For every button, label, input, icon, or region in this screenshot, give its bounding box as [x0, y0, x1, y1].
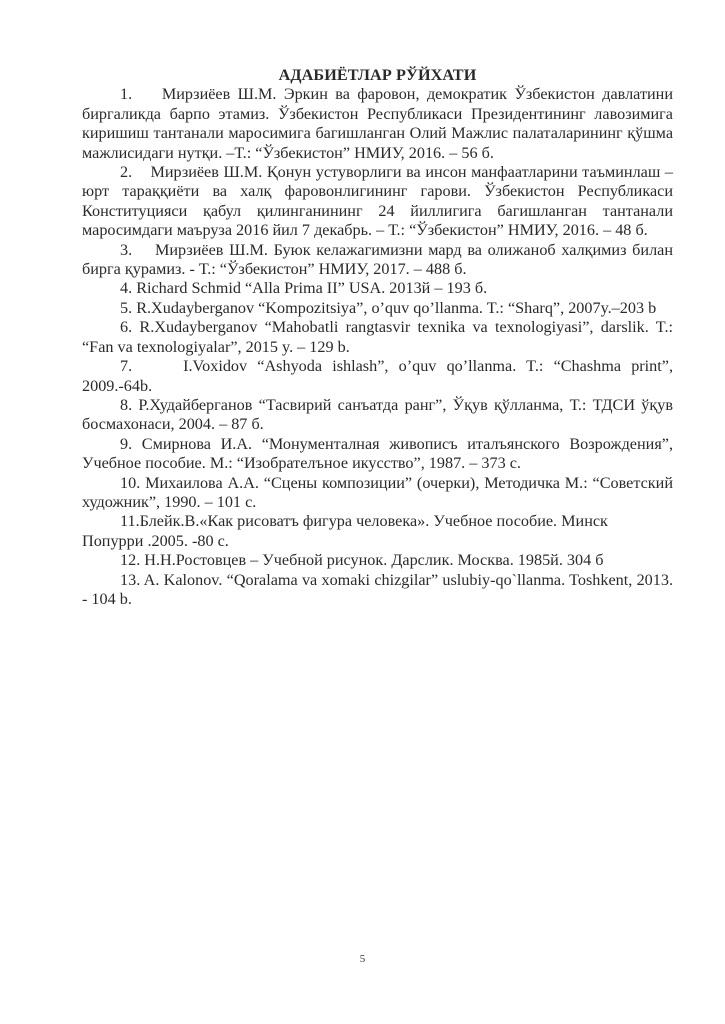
reference-text: Мирзиёев Ш.М. Қонун устуворлиги ва инсон…: [82, 163, 673, 239]
reference-item: 10. Михаилова А.А. “Сцены композиции” (о…: [82, 474, 673, 513]
reference-number: 1.: [101, 85, 132, 104]
reference-item: 11.Блейк.В.«Как рисоватъ фигура человека…: [82, 512, 673, 551]
page-title: АДАБИЁТЛАР РЎЙХАТИ: [82, 66, 673, 85]
reference-number: 3.: [101, 241, 132, 260]
reference-item: 13. A. Kalonov. “Qoralama va xomaki chiz…: [82, 571, 673, 610]
reference-item: 4. Richard Schmid “Alla Prima II” USA. 2…: [82, 279, 673, 298]
reference-number: 13.: [101, 571, 140, 590]
reference-text: Р.Худайберганов “Тасвирий санъатда ранг”…: [82, 396, 673, 433]
reference-separator: [132, 163, 150, 181]
reference-number: 2.: [101, 163, 132, 182]
reference-text: Блейк.В.«Как рисоватъ фигура человека». …: [82, 512, 608, 549]
reference-list: 1. Мирзиёев Ш.М. Эркин ва фаровон, демок…: [82, 85, 673, 609]
reference-item: 12. Н.Н.Ростовцев – Учебной рисунок. Дар…: [82, 551, 673, 570]
reference-separator: [132, 435, 142, 453]
reference-number: 9.: [101, 435, 132, 454]
reference-separator: [132, 357, 183, 375]
reference-item: 1. Мирзиёев Ш.М. Эркин ва фаровон, демок…: [82, 85, 673, 163]
reference-number: 8.: [101, 396, 132, 415]
reference-text: R.Xudayberganov “Mahobatli rangtasvir te…: [82, 318, 673, 355]
reference-separator: [132, 241, 155, 259]
reference-number: 10.: [101, 474, 140, 493]
reference-number: 11.: [101, 512, 140, 531]
reference-text: Мирзиёев Ш.М. Буюк келажагимизни мард ва…: [82, 241, 673, 278]
reference-item: 3. Мирзиёев Ш.М. Буюк келажагимизни мард…: [82, 241, 673, 280]
reference-number: 7.: [101, 357, 132, 376]
reference-item: 7. I.Voxidov “Ashyoda ishlash”, o’quv qo…: [82, 357, 673, 396]
reference-item: 5. R.Xudayberganov “Kompozitsiya”, o’quv…: [82, 299, 673, 318]
reference-text: R.Xudayberganov “Kompozitsiya”, o’quv qo…: [136, 299, 656, 317]
reference-item: 9. Смирнова И.А. “Монументалная живописъ…: [82, 435, 673, 474]
reference-number: 4.: [101, 279, 132, 298]
reference-separator: [132, 85, 162, 103]
reference-number: 6.: [101, 318, 132, 337]
page-number: 5: [0, 953, 725, 965]
reference-text: Смирнова И.А. “Монументалная живописъ ит…: [82, 435, 673, 472]
reference-item: 2. Мирзиёев Ш.М. Қонун устуворлиги ва ин…: [82, 163, 673, 241]
reference-item: 8. Р.Худайберганов “Тасвирий санъатда ра…: [82, 396, 673, 435]
document-page: АДАБИЁТЛАР РЎЙХАТИ 1. Мирзиёев Ш.М. Эрки…: [82, 66, 673, 609]
reference-number: 12.: [101, 551, 140, 570]
reference-item: 6. R.Xudayberganov “Mahobatli rangtasvir…: [82, 318, 673, 357]
reference-text: Н.Н.Ростовцев – Учебной рисунок. Дарслик…: [144, 551, 603, 569]
reference-text: Михаилова А.А. “Сцены композиции” (очерк…: [82, 474, 673, 511]
reference-number: 5.: [101, 299, 132, 318]
reference-text: Мирзиёев Ш.М. Эркин ва фаровон, демократ…: [82, 85, 673, 161]
reference-text: Richard Schmid “Alla Prima II” USA. 2013…: [136, 279, 487, 297]
reference-text: A. Kalonov. “Qoralama va xomaki chizgila…: [82, 571, 673, 608]
